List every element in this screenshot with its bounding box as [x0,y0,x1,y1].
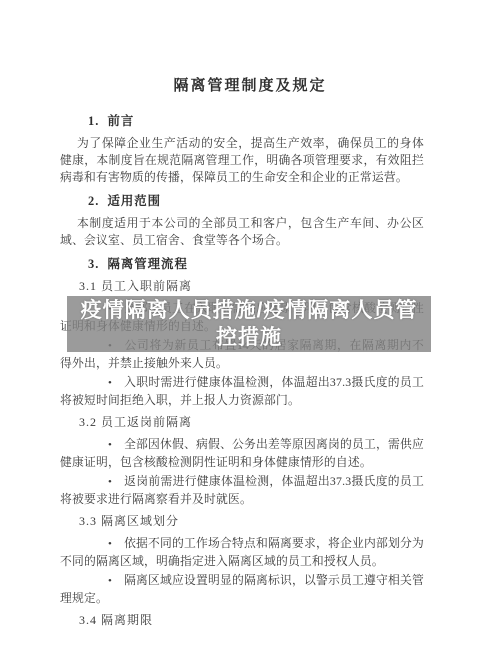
document-page: 隔离管理制度及规定 1. 前言 为了保障企业生产活动的安全，提高生产效率，确保员… [0,0,500,647]
subsection-heading-3-2: 3.2 员工返岗前隔离 [79,414,424,431]
section-heading-preface: 1. 前言 [88,113,424,130]
bullet-text: 依据不同的工作场合特点和隔离要求，将企业内部划分为不同的隔离区域，明确指定进入隔… [60,536,424,568]
section-heading-process: 3. 隔离管理流程 [88,256,424,273]
bullet-item: •返岗前需进行健康体温检测，体温超出37.3摄氏度的员工将被要求进行隔离察看并及… [60,473,424,508]
watermark-text-line1: 疫情隔离人员措施/疫情隔离人员管 [81,297,418,324]
section-heading-scope: 2. 适用范围 [88,193,424,210]
bullet-icon: • [108,536,112,553]
bullet-item: •全部因休假、病假、公务出差等原因离岗的员工，需供应健康证明，包含核酸检测阴性证… [60,436,424,471]
document-body: 1. 前言 为了保障企业生产活动的安全，提高生产效率，确保员工的身体健康，本制度… [60,106,424,634]
bullet-icon: • [108,474,112,491]
bullet-text: 隔离区域应设置明显的隔离标识，以警示员工遵守相关管理规定。 [60,573,424,605]
bullet-icon: • [108,375,112,392]
bullet-text: 全部因休假、病假、公务出差等原因离岗的员工，需供应健康证明，包含核酸检测阴性证明… [60,437,424,469]
bullet-text: 返岗前需进行健康体温检测，体温超出37.3摄氏度的员工将被要求进行隔离察看并及时… [60,474,424,506]
bullet-icon: • [108,573,112,590]
subsection-heading-3-4: 3.4 隔离期限 [79,612,424,629]
page-title: 隔离管理制度及规定 [0,0,500,95]
watermark-text-line2: 控措施 [216,324,282,351]
bullet-item: •入职时需进行健康体温检测，体温超出37.3摄氏度的员工将被短时间拒绝入职，并上… [60,374,424,409]
bullet-item: •依据不同的工作场合特点和隔离要求，将企业内部划分为不同的隔离区域，明确指定进入… [60,535,424,570]
watermark-overlay-banner: 疫情隔离人员措施/疫情隔离人员管 控措施 [67,296,431,352]
subsection-heading-3-3: 3.3 隔离区域划分 [79,513,424,530]
bullet-icon: • [108,437,112,454]
paragraph-preface: 为了保障企业生产活动的安全，提高生产效率，确保员工的身体健康，本制度旨在规范隔离… [60,135,424,186]
subsection-heading-3-1: 3.1 员工入职前隔离 [79,278,424,295]
paragraph-scope: 本制度适用于本公司的全部员工和客户，包含生产车间、办公区域、会议室、员工宿舍、食… [60,215,424,249]
bullet-item: •隔离区域应设置明显的隔离标识，以警示员工遵守相关管理规定。 [60,572,424,607]
bullet-text: 入职时需进行健康体温检测，体温超出37.3摄氏度的员工将被短时间拒绝入职，并上报… [60,375,424,407]
